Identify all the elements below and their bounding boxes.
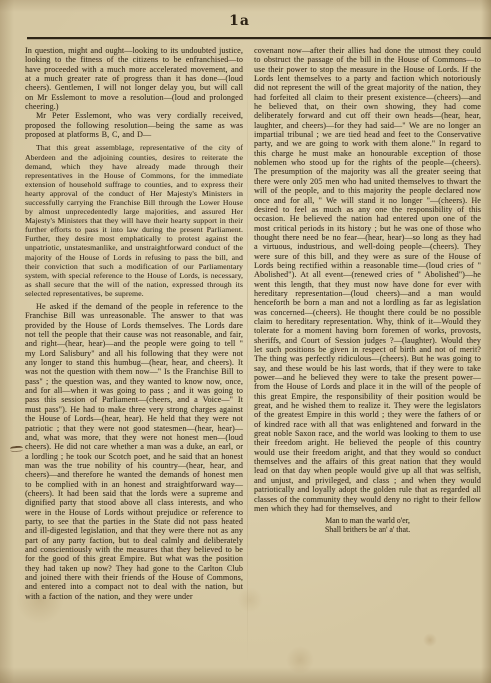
verse-line-2: Shall brithers be an' a' that. xyxy=(254,525,481,534)
text-columns: In question, might and ought—looking to … xyxy=(25,46,481,601)
scanned-newspaper-page: 1a In question, might and ought—looking … xyxy=(0,0,491,683)
resolution-paragraph: That this great assemblage, representati… xyxy=(25,143,243,298)
margin-pen-mark xyxy=(10,446,23,453)
paragraph-continuation-left: In question, might and ought—looking to … xyxy=(25,46,243,111)
header-rule xyxy=(27,37,491,39)
verse-line-1: Man to man the warld o'er, xyxy=(254,516,481,525)
right-column: covenant now—after their allies had done… xyxy=(254,46,481,601)
paragraph-esslemont-intro: Mr Peter Esslemont, who was very cordial… xyxy=(25,111,243,139)
paragraph-continuation-right: covenant now—after their allies had done… xyxy=(254,46,481,513)
page-number: 1a xyxy=(0,13,479,29)
left-column: In question, might and ought—looking to … xyxy=(25,46,243,601)
verse-quote: Man to man the warld o'er, Shall brither… xyxy=(254,516,481,534)
paragraph-speech: He asked if the demand of the people in … xyxy=(25,302,243,601)
